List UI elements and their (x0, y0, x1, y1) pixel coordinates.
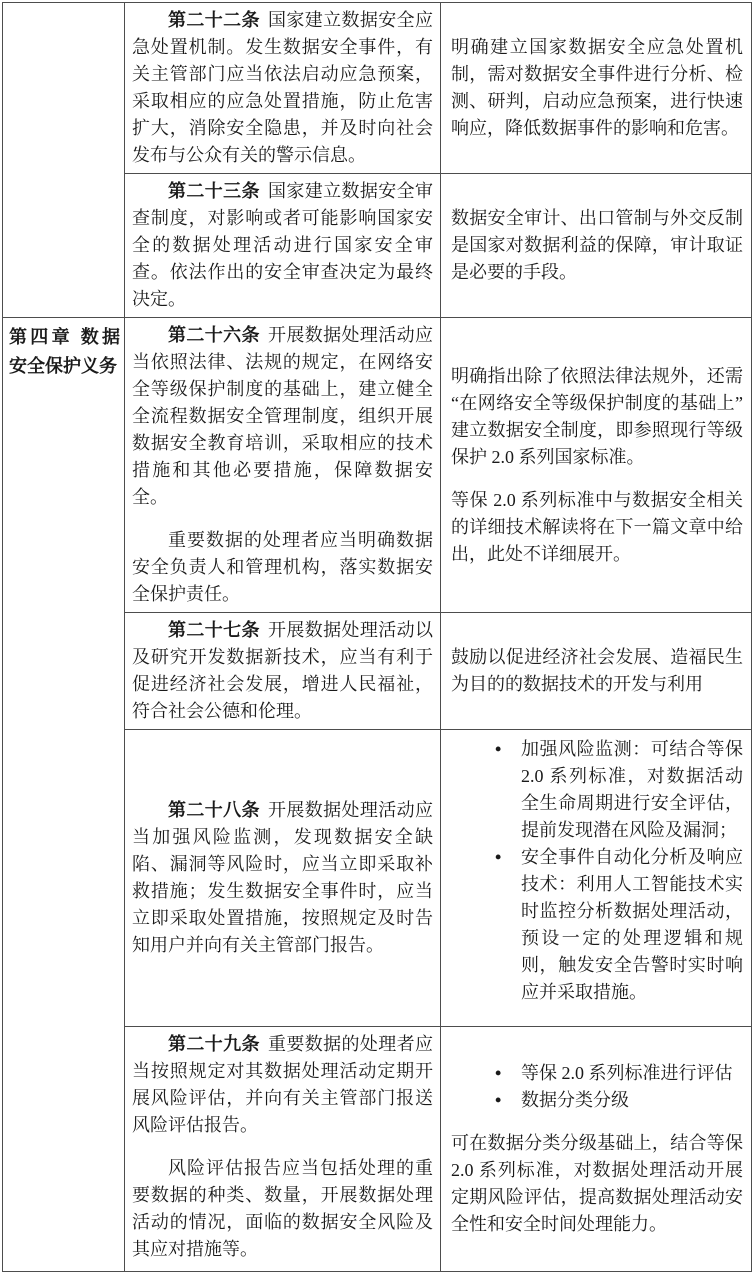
list-item: •加强风险监测：可结合等保 2.0 系列标准，对数据活动全生命周期进行安全评估，… (521, 736, 743, 844)
article-27-text: 第二十七条开展数据处理活动以及研究开发数据新技术，应当有利于促进经济社会发展，增… (132, 617, 433, 725)
comment-paragraph: 明确建立国家数据安全应急处置机制，需对数据安全事件进行分析、检测、研判，启动应急… (451, 34, 743, 142)
list-item: •安全事件自动化分析及响应技术：利用人工智能技术实时监控分析数据处理活动，预设一… (521, 844, 743, 1006)
bullet-icon: • (495, 1060, 501, 1087)
bullet-text: 安全事件自动化分析及响应技术：利用人工智能技术实时监控分析数据处理活动，预设一定… (521, 847, 743, 1002)
comment-bullet-list: •等保 2.0 系列标准进行评估 •数据分类分级 (451, 1060, 743, 1114)
bullet-text: 加强风险监测：可结合等保 2.0 系列标准，对数据活动全生命周期进行安全评估，提… (521, 739, 743, 840)
law-annotation-table: 第二十二条国家建立数据安全应急处置机制。发生数据安全事件，有关主管部门应当依法启… (2, 2, 752, 1272)
comment-paragraph-2: 等保 2.0 系列标准中与数据安全相关的详细技术解读将在下一篇文章中给出，此处不… (451, 487, 743, 568)
article-26-text-2: 重要数据的处理者应当明确数据安全负责人和管理机构，落实数据安全保护责任。 (132, 527, 433, 608)
article-number: 第二十三条 (168, 181, 260, 201)
article-28-text: 第二十八条开展数据处理活动应当加强风险监测，发现数据安全缺陷、漏洞等风险时，应当… (132, 797, 433, 959)
article-number: 第二十八条 (168, 800, 260, 820)
comment-28-cell: •加强风险监测：可结合等保 2.0 系列标准，对数据活动全生命周期进行安全评估，… (441, 730, 752, 1027)
bullet-icon: • (495, 1087, 501, 1114)
bullet-text: 等保 2.0 系列标准进行评估 (521, 1063, 733, 1083)
article-22-cell: 第二十二条国家建立数据安全应急处置机制。发生数据安全事件，有关主管部门应当依法启… (125, 3, 441, 174)
chapter-title: 第四章 数据安全保护义务 (9, 323, 120, 381)
article-29-cell: 第二十九条重要数据的处理者应当按照规定对其数据处理活动定期开展风险评估，并向有关… (125, 1027, 441, 1272)
list-item: •数据分类分级 (521, 1087, 743, 1114)
article-body: 开展数据处理活动应当加强风险监测，发现数据安全缺陷、漏洞等风险时，应当立即采取补… (132, 800, 433, 955)
article-27-cell: 第二十七条开展数据处理活动以及研究开发数据新技术，应当有利于促进经济社会发展，增… (125, 613, 441, 730)
comment-paragraph: 鼓励以促进经济社会发展、造福民生为目的的数据技术的开发与利用 (451, 644, 743, 698)
comment-paragraph: 数据安全审计、出口管制与外交反制是国家对数据利益的保障，审计取证是必要的手段。 (451, 205, 743, 286)
chapter-cell-empty (3, 3, 125, 318)
comment-bullet-list: •加强风险监测：可结合等保 2.0 系列标准，对数据活动全生命周期进行安全评估，… (451, 736, 743, 1006)
table-row: 第二十二条国家建立数据安全应急处置机制。发生数据安全事件，有关主管部门应当依法启… (3, 3, 752, 174)
bullet-text: 数据分类分级 (521, 1090, 629, 1110)
article-28-cell: 第二十八条开展数据处理活动应当加强风险监测，发现数据安全缺陷、漏洞等风险时，应当… (125, 730, 441, 1027)
table-row: 第四章 数据安全保护义务 第二十六条开展数据处理活动应当依照法律、法规的规定，在… (3, 318, 752, 613)
article-number: 第二十六条 (168, 325, 260, 345)
article-22-text: 第二十二条国家建立数据安全应急处置机制。发生数据安全事件，有关主管部门应当依法启… (132, 7, 433, 169)
article-29-text: 第二十九条重要数据的处理者应当按照规定对其数据处理活动定期开展风险评估，并向有关… (132, 1031, 433, 1139)
list-item: •等保 2.0 系列标准进行评估 (521, 1060, 743, 1087)
comment-paragraph: 明确指出除了依照法律法规外，还需“在网络安全等级保护制度的基础上”建立数据安全制… (451, 363, 743, 471)
comment-27-cell: 鼓励以促进经济社会发展、造福民生为目的的数据技术的开发与利用 (441, 613, 752, 730)
article-number: 第二十二条 (168, 10, 260, 30)
article-number: 第二十九条 (168, 1034, 260, 1054)
article-26-text: 第二十六条开展数据处理活动应当依照法律、法规的规定，在网络安全等级保护制度的基础… (132, 322, 433, 511)
article-26-cell: 第二十六条开展数据处理活动应当依照法律、法规的规定，在网络安全等级保护制度的基础… (125, 318, 441, 613)
chapter-cell: 第四章 数据安全保护义务 (3, 318, 125, 1272)
article-23-cell: 第二十三条国家建立数据安全审查制度，对影响或者可能影响国家安全的数据处理活动进行… (125, 174, 441, 318)
comment-29-cell: •等保 2.0 系列标准进行评估 •数据分类分级 可在数据分类分级基础上，结合等… (441, 1027, 752, 1272)
document-page: 第二十二条国家建立数据安全应急处置机制。发生数据安全事件，有关主管部门应当依法启… (0, 0, 752, 1198)
article-number: 第二十七条 (168, 620, 260, 640)
article-23-text: 第二十三条国家建立数据安全审查制度，对影响或者可能影响国家安全的数据处理活动进行… (132, 178, 433, 313)
bullet-icon: • (495, 844, 501, 871)
comment-22-cell: 明确建立国家数据安全应急处置机制，需对数据安全事件进行分析、检测、研判，启动应急… (441, 3, 752, 174)
article-body: 开展数据处理活动应当依照法律、法规的规定，在网络安全等级保护制度的基础上，建立健… (132, 325, 433, 507)
comment-23-cell: 数据安全审计、出口管制与外交反制是国家对数据利益的保障，审计取证是必要的手段。 (441, 174, 752, 318)
comment-26-cell: 明确指出除了依照法律法规外，还需“在网络安全等级保护制度的基础上”建立数据安全制… (441, 318, 752, 613)
article-body: 国家建立数据安全应急处置机制。发生数据安全事件，有关主管部门应当依法启动应急预案… (132, 10, 433, 165)
comment-paragraph: 可在数据分类分级基础上，结合等保 2.0 系列标准，对数据处理活动开展定期风险评… (451, 1130, 743, 1238)
bullet-icon: • (495, 736, 501, 763)
article-29-text-2: 风险评估报告应当包括处理的重要数据的种类、数量，开展数据处理活动的情况，面临的数… (132, 1155, 433, 1263)
